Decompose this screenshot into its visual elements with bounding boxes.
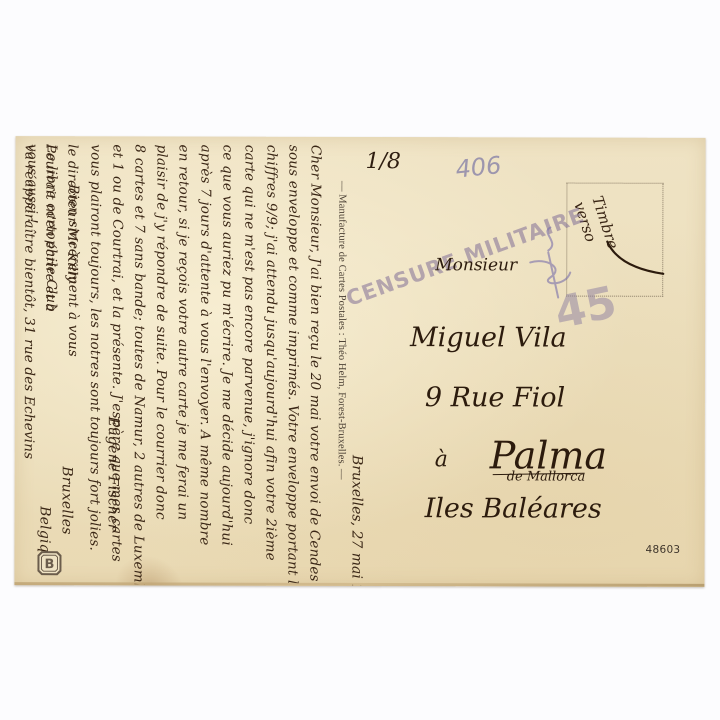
signature: Eugène Fischer (100, 416, 124, 576)
message-line: après 7 jours d'attente à vous l'envoyer… (192, 145, 217, 585)
imprint-text: Manufacture de Cartes Postales : Théo He… (336, 194, 348, 466)
address-city-sub: de Mallorca (507, 469, 586, 484)
address-street: 9 Rue Fiol (425, 382, 565, 413)
imprint-dash: — (336, 469, 347, 480)
swoosh-stroke-icon (605, 238, 665, 278)
message-line: chiffres 9/9; j'ai attendu jusqu'aujourd… (258, 145, 283, 585)
message-line: plaisir de j'y répondre de suite. Pour l… (148, 144, 173, 584)
pencil-reference-number: 406 (454, 151, 502, 184)
svg-text:B: B (44, 557, 54, 572)
serial-number: 48603 (645, 544, 680, 556)
publisher-imprint: — Manufacture de Cartes Postales : Théo … (330, 181, 347, 581)
message-line: ce que vous auriez pu m'écrire. Je me dé… (214, 145, 239, 585)
address-region: Iles Baléares (425, 493, 602, 524)
address-name: Miguel Vila (410, 322, 567, 353)
address-city-prefix: à (435, 447, 448, 472)
address-salutation: Monsieur (435, 255, 517, 275)
publisher-logo-icon: B (36, 550, 62, 576)
scan-background: Cher Monsieur, J'ai bien reçu le 20 mai … (0, 0, 720, 720)
ink-reference-number: 1/8 (365, 149, 400, 174)
postcard: Cher Monsieur, J'ai bien reçu le 20 mai … (14, 136, 705, 587)
message-line: Cher Monsieur, J'ai bien reçu le 20 mai … (302, 145, 327, 585)
imprint-dash: — (336, 181, 347, 192)
message-line: carte qui ne m'est pas encore parvenue, … (236, 145, 261, 585)
message-line: sous enveloppe et comme imprimés. Votre … (280, 145, 305, 585)
message-line: 8 cartes et 7 sans bande; toutes de Namu… (126, 144, 151, 584)
message-line: en retour, si je reçois votre autre cart… (170, 145, 195, 585)
date-line: Bruxelles, 27 mai 19 (348, 455, 364, 587)
